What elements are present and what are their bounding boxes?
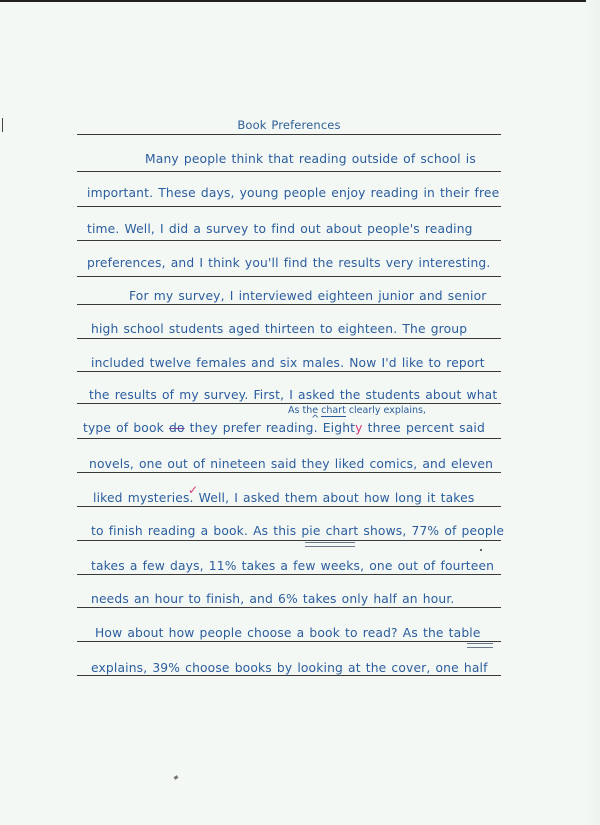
scan-edge-top xyxy=(0,0,600,2)
double-underline xyxy=(467,643,493,648)
ruled-line xyxy=(77,607,501,608)
ink-dot xyxy=(480,549,482,551)
ruled-line xyxy=(77,641,501,642)
ruled-line xyxy=(77,134,501,135)
ruled-line xyxy=(77,206,501,207)
essay-line-8: the results of my survey. First, I asked… xyxy=(77,388,513,402)
essay-line-3: time. Well, I did a survey to find out a… xyxy=(77,222,511,236)
double-underline xyxy=(305,542,355,547)
ruled-line xyxy=(77,371,501,372)
margin-mark xyxy=(2,118,3,132)
annotation-underlined-word: chart xyxy=(321,405,346,417)
ruled-line xyxy=(77,506,501,507)
text-segment: type of book xyxy=(83,421,169,435)
essay-line-7: included twelve females and six males. N… xyxy=(77,356,515,370)
ruled-line xyxy=(77,171,501,172)
text-segment: three percent said xyxy=(363,421,485,435)
text-segment: they prefer reading. xyxy=(185,421,323,435)
essay-line-4: preferences, and I think you'll find the… xyxy=(77,256,511,270)
ruled-line xyxy=(77,338,501,339)
essay-line-16: explains, 39% choose books by looking at… xyxy=(77,661,515,675)
struck-word: do xyxy=(169,421,185,435)
ruled-line xyxy=(77,403,501,404)
essay-line-11: liked mysteries. Well, I asked them abou… xyxy=(77,491,517,505)
ruled-line xyxy=(77,438,501,439)
essay-line-5: For my survey, I interviewed eighteen ju… xyxy=(77,289,553,303)
inserted-annotation: As the chart clearly explains, xyxy=(288,405,426,416)
ruled-line xyxy=(77,472,501,473)
essay-line-9: type of book do they prefer reading. Eig… xyxy=(77,421,507,435)
annotation-text: clearly explains, xyxy=(346,405,426,416)
text-segment: Eight xyxy=(323,421,355,435)
scan-edge-right xyxy=(586,0,600,825)
corrected-letter: y xyxy=(355,421,362,435)
essay-line-12: to finish reading a book. As this pie ch… xyxy=(77,524,515,538)
essay-line-2: important. These days, young people enjo… xyxy=(77,186,511,200)
ruled-line xyxy=(77,675,501,676)
ruled-line xyxy=(77,304,501,305)
essay-line-1: Many people think that reading outside o… xyxy=(77,152,569,166)
essay-title: Book Preferences xyxy=(77,118,501,132)
essay-line-14: needs an hour to finish, and 6% takes on… xyxy=(77,592,515,606)
essay-line-13: takes a few days, 11% takes a few weeks,… xyxy=(77,559,515,573)
essay-line-10: novels, one out of nineteen said they li… xyxy=(77,457,513,471)
essay-line-15: How about how people choose a book to re… xyxy=(77,626,519,640)
ruled-line xyxy=(77,276,501,277)
ruled-line xyxy=(77,574,501,575)
paper-speck xyxy=(174,775,179,780)
ruled-line xyxy=(77,240,501,241)
ruled-line xyxy=(77,540,501,541)
essay-line-6: high school students aged thirteen to ei… xyxy=(77,322,515,336)
